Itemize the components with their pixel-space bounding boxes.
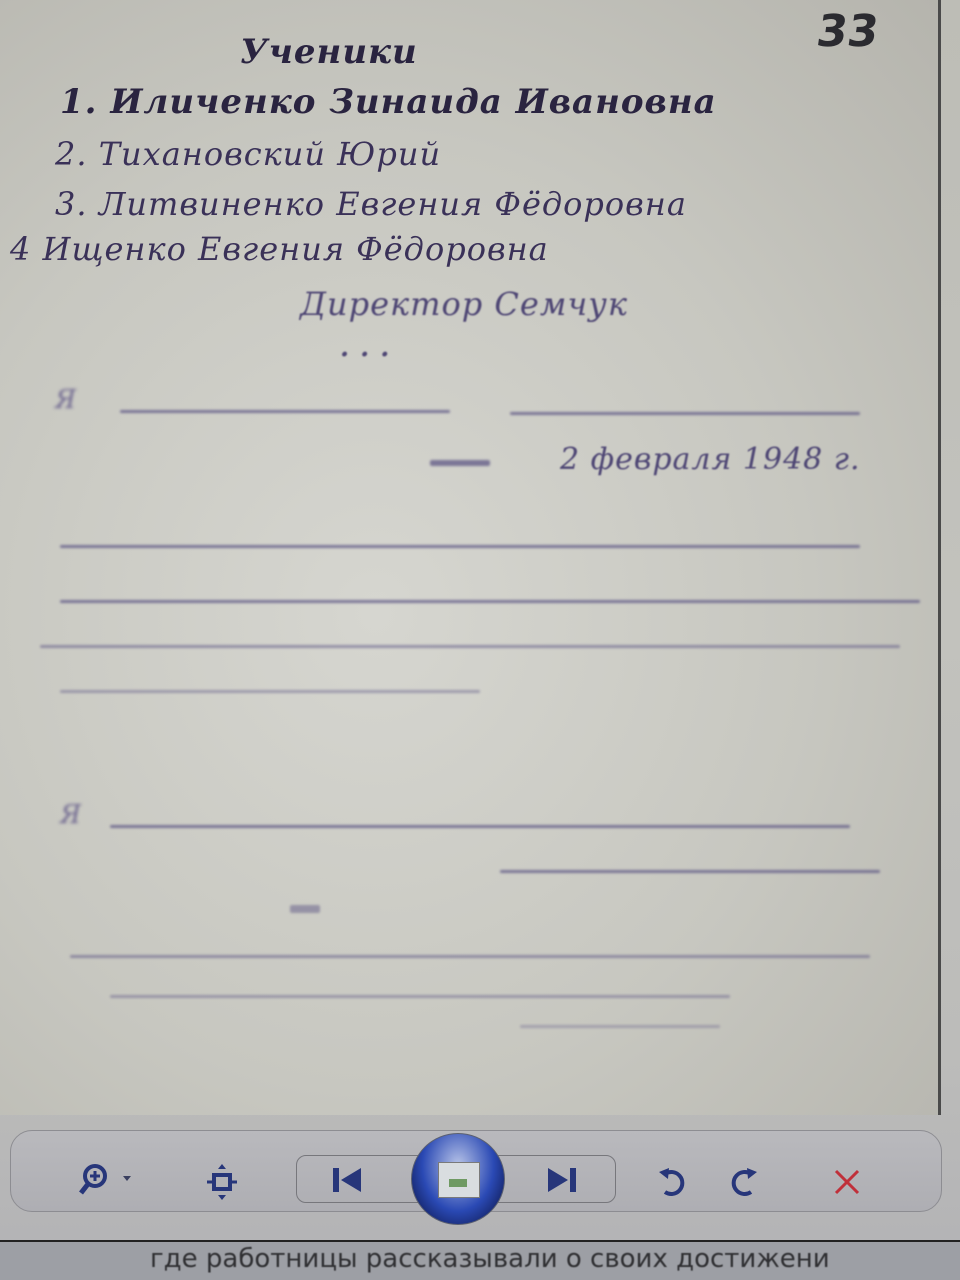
section-1-label: Я [55, 385, 77, 415]
delete-button[interactable] [825, 1160, 869, 1204]
list-number: 1. [60, 82, 98, 122]
date-line: 2 февраля 1948 г. [560, 442, 861, 477]
actual-size-icon [205, 1162, 239, 1202]
previous-button[interactable] [325, 1160, 369, 1200]
rotate-counterclockwise-button[interactable] [650, 1160, 694, 1204]
next-button[interactable] [540, 1160, 584, 1200]
photo-viewer: 33 Ученики 1. Иличенко Зинаида Ивановна … [0, 0, 960, 1240]
next-icon [544, 1165, 580, 1195]
list-item: 2. Тихановский Юрий [55, 135, 441, 173]
zoom-icon [73, 1160, 133, 1200]
section-2-label: Я [60, 800, 82, 830]
background-text: где работницы рассказывали о своих дости… [150, 1244, 830, 1274]
actual-size-button[interactable] [200, 1160, 244, 1204]
list-text: Литвиненко Евгения Фёдоровна [99, 185, 687, 223]
previous-icon [329, 1165, 365, 1195]
document-heading: Ученики [240, 32, 418, 72]
list-item: 1. Иличенко Зинаида Ивановна [60, 82, 717, 122]
list-number: 4 [10, 230, 31, 268]
page-number: 33 [813, 6, 881, 57]
background-window: где работницы рассказывали о своих дости… [0, 1240, 960, 1280]
signature-subtitle: · · · [340, 340, 390, 370]
rotate-counterclockwise-icon [655, 1162, 689, 1202]
rotate-clockwise-button[interactable] [722, 1160, 766, 1204]
list-number: 3. [55, 185, 88, 223]
slideshow-icon [438, 1162, 480, 1198]
document-image: 33 Ученики 1. Иличенко Зинаида Ивановна … [0, 0, 941, 1115]
list-item: 4 Ищенко Евгения Фёдоровна [10, 230, 549, 268]
list-text: Тихановский Юрий [99, 135, 441, 173]
list-text: Иличенко Зинаида Ивановна [110, 82, 716, 122]
list-number: 2. [55, 135, 88, 173]
slideshow-button[interactable] [411, 1133, 505, 1225]
rotate-clockwise-icon [727, 1162, 761, 1202]
list-item: 3. Литвиненко Евгения Фёдоровна [55, 185, 687, 223]
zoom-button[interactable] [68, 1160, 138, 1200]
signature: Директор Семчук [300, 285, 628, 323]
list-text: Ищенко Евгения Фёдоровна [43, 230, 549, 268]
delete-icon [830, 1165, 864, 1199]
